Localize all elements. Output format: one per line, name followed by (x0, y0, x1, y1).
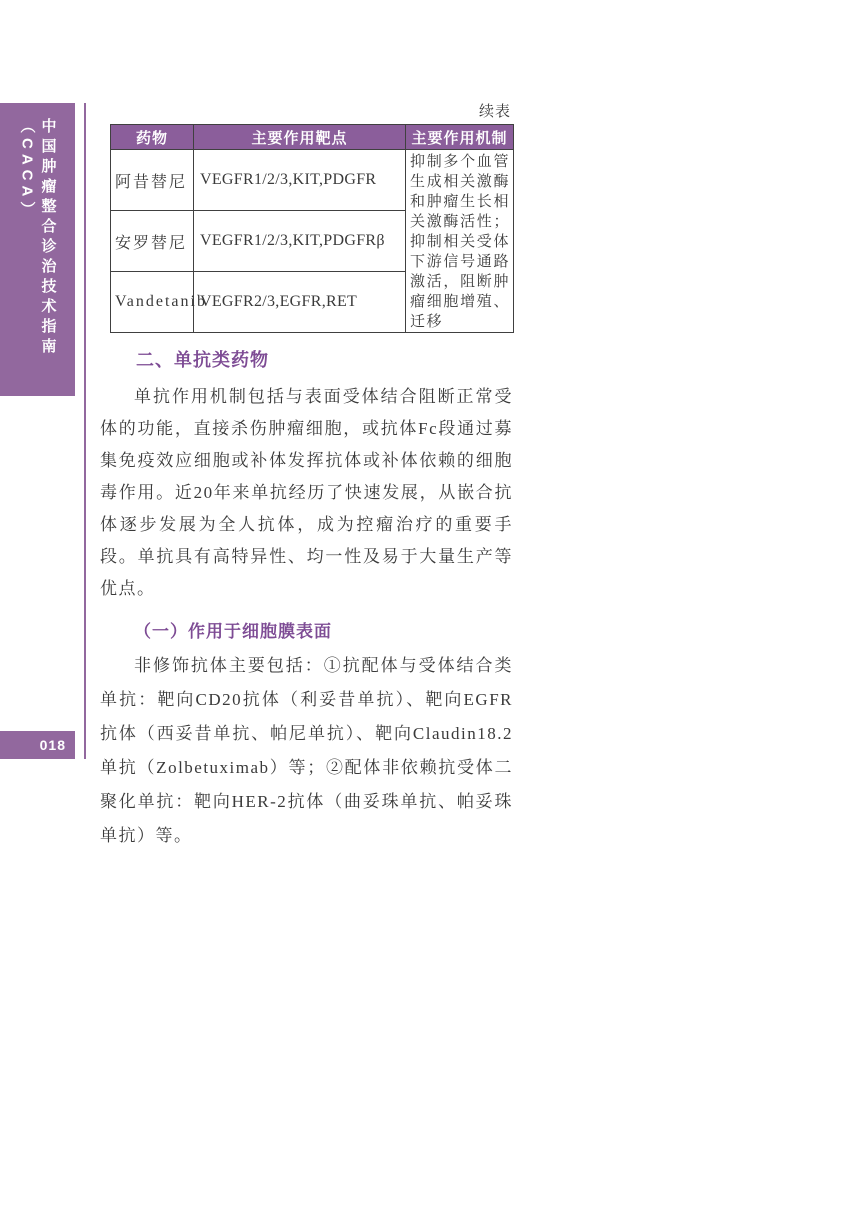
continued-table-label: 续表 (100, 102, 513, 124)
drug-target-table: 药物 主要作用靶点 主要作用机制 阿昔替尼 VEGFR1/2/3,KIT,PDG… (110, 124, 514, 333)
drug-name-cell: 安罗替尼 (111, 211, 194, 272)
paragraph-antibody-mechanism: 单抗作用机制包括与表面受体结合阻断正常受体的功能，直接杀伤肿瘤细胞，或抗体Fc段… (100, 381, 513, 605)
header-mechanism: 主要作用机制 (406, 125, 514, 150)
drug-name-cell: Vandetanib (111, 272, 194, 333)
drug-target-cell: VEGFR1/2/3,KIT,PDGFRβ (194, 211, 406, 272)
margin-rule (84, 103, 86, 759)
sidebar-book-title: 中国肿瘤整合诊治技术指南（CACA） (17, 118, 59, 396)
header-drug: 药物 (111, 125, 194, 150)
table-row: 阿昔替尼 VEGFR1/2/3,KIT,PDGFR 抑制多个血管生成相关激酶和肿… (111, 150, 514, 211)
sidebar-spine-bar: 中国肿瘤整合诊治技术指南（CACA） (0, 103, 75, 396)
subsection-heading-cell-membrane-surface: （一）作用于细胞膜表面 (134, 617, 513, 642)
page-number-badge: 018 (0, 731, 75, 759)
table-header-row: 药物 主要作用靶点 主要作用机制 (111, 125, 514, 150)
book-page: 中国肿瘤整合诊治技术指南（CACA） 018 续表 药物 主要作用靶点 主要作用… (0, 0, 867, 1218)
drug-target-cell: VEGFR2/3,EGFR,RET (194, 272, 406, 333)
drug-name-cell: 阿昔替尼 (111, 150, 194, 211)
header-target: 主要作用靶点 (194, 125, 406, 150)
section-heading-monoclonal-antibodies: 二、单抗类药物 (136, 346, 513, 372)
drug-target-cell: VEGFR1/2/3,KIT,PDGFR (194, 150, 406, 211)
paragraph-unmodified-antibodies: 非修饰抗体主要包括：①抗配体与受体结合类单抗：靶向CD20抗体（利妥昔单抗）、靶… (100, 649, 513, 853)
mechanism-cell: 抑制多个血管生成相关激酶和肿瘤生长相关激酶活性；抑制相关受体下游信号通路激活，阻… (406, 150, 514, 333)
page-content: 续表 药物 主要作用靶点 主要作用机制 阿昔替尼 VEGFR1/2/3,KIT,… (100, 102, 513, 853)
